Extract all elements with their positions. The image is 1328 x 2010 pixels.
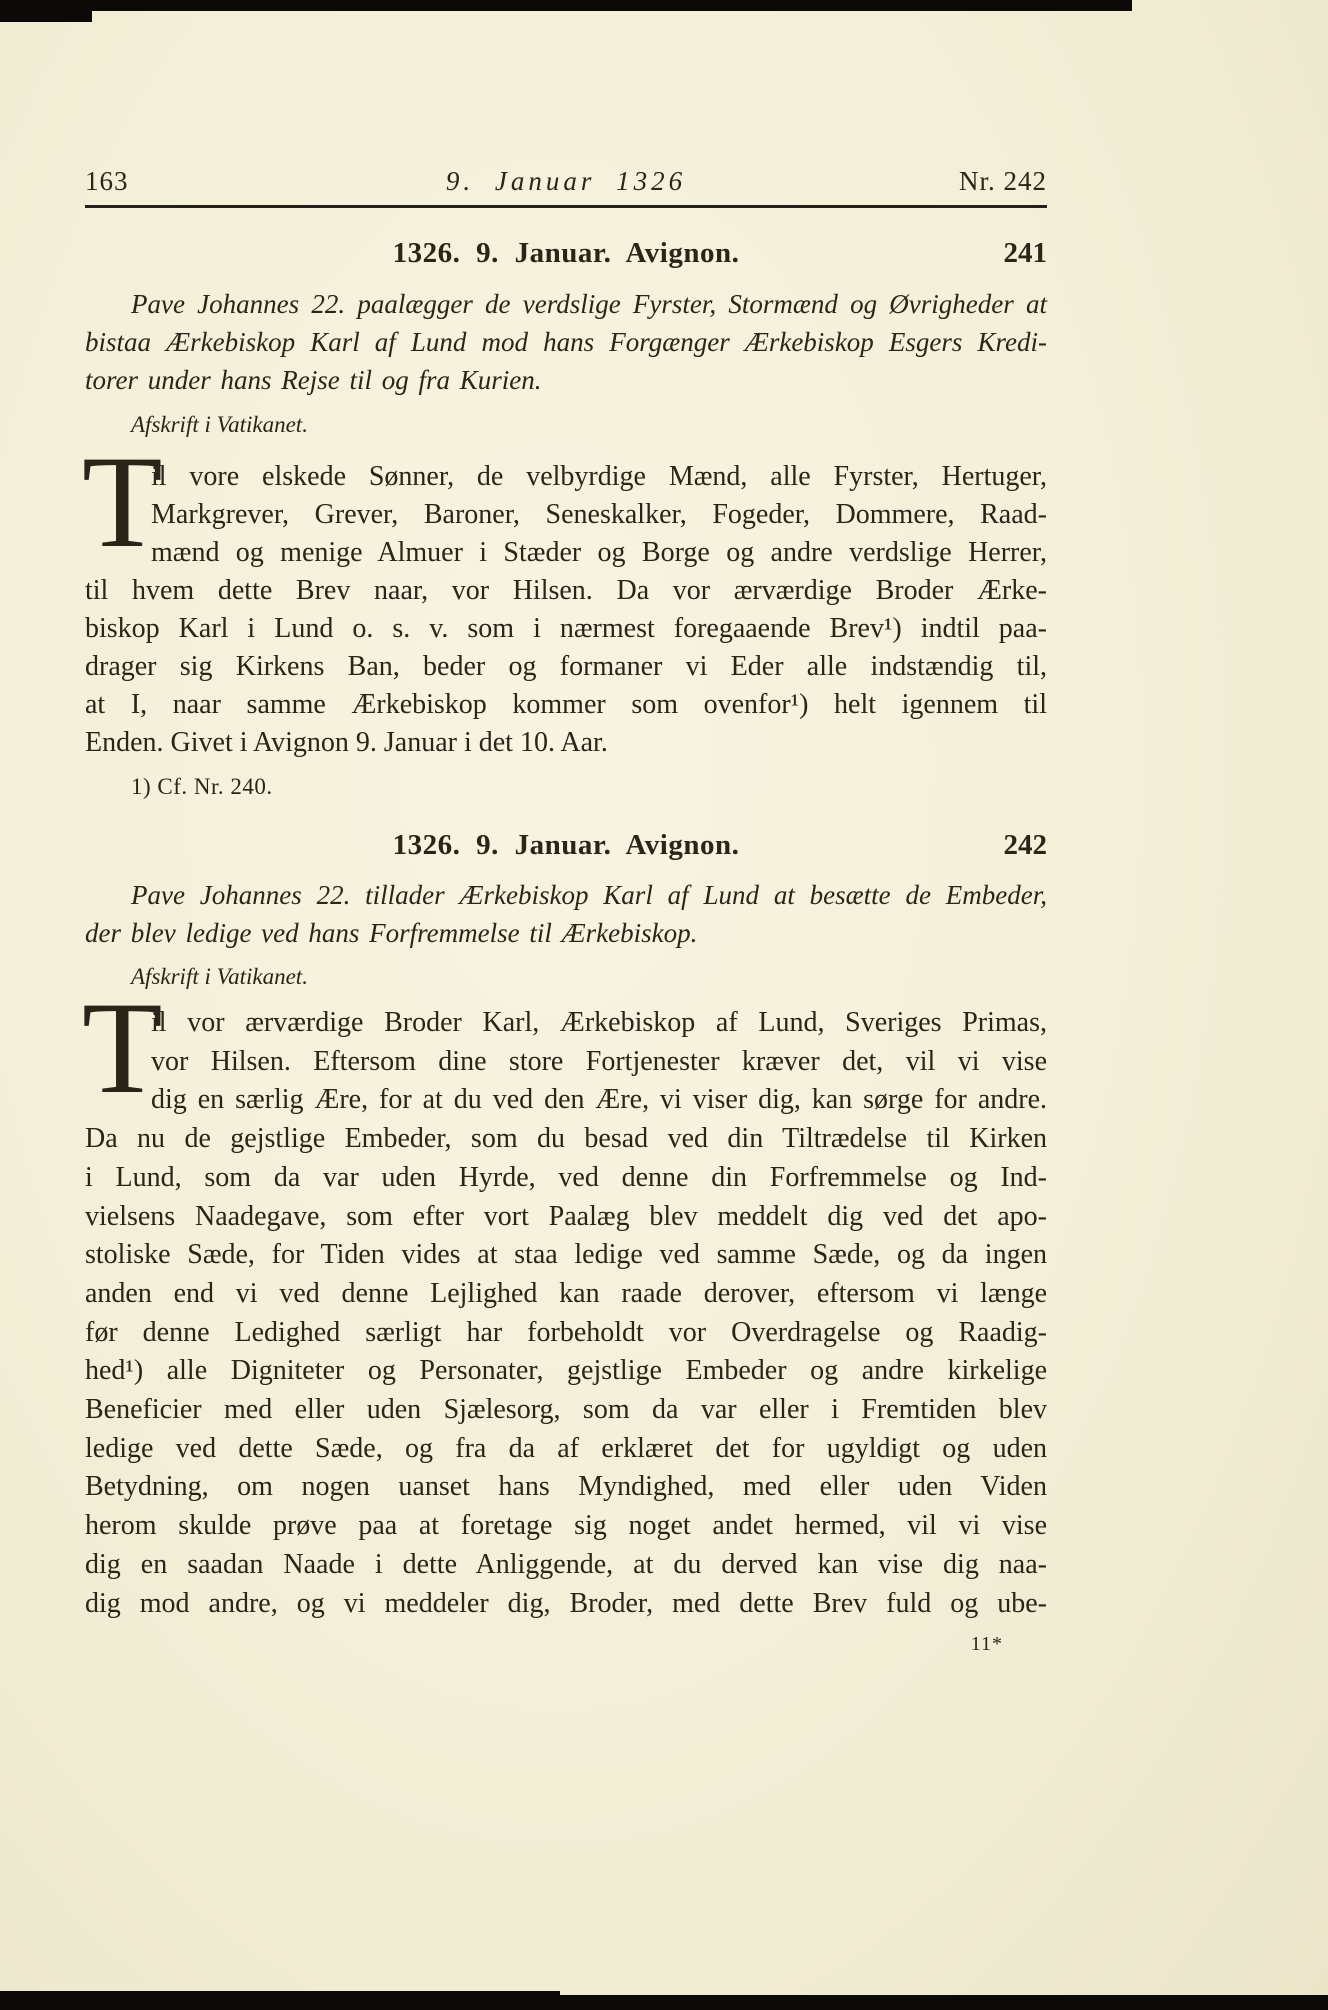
- body-line: til hvem dette Brev naar, vor Hilsen. Da…: [85, 572, 1047, 610]
- drop-cap: T: [82, 436, 163, 568]
- entry-heading: 1326. 9. Januar. Avignon. 241: [85, 236, 1047, 270]
- body-line: dig en særlig Ære, for at du ved den Ære…: [85, 1081, 1047, 1120]
- body-line: stoliske Sæde, for Tiden vides at staa l…: [85, 1236, 1047, 1275]
- body-lines: il vore elskede Sønner, de velbyrdige Mæ…: [85, 458, 1047, 762]
- running-title: 9. Januar 1326: [85, 166, 1047, 196]
- body-line: il vore elskede Sønner, de velbyrdige Mæ…: [85, 458, 1047, 496]
- body-line: Markgrever, Grever, Baroner, Seneskalker…: [85, 496, 1047, 534]
- body-line: vor Hilsen. Eftersom dine store Fortjene…: [85, 1043, 1047, 1082]
- summary-line: Pave Johannes 22. paalægger de verdslige…: [85, 285, 1047, 323]
- header-rule: [85, 205, 1047, 208]
- summary-line: bistaa Ærkebiskop Karl af Lund mod hans …: [85, 323, 1047, 361]
- scanned-book-page: 163 9. Januar 1326 Nr. 242 1326. 9. Janu…: [0, 0, 1328, 2010]
- summary-line: Pave Johannes 22. tillader Ærkebiskop Ka…: [85, 876, 1047, 914]
- body-line: dig mod andre, og vi meddeler dig, Brode…: [85, 1585, 1047, 1624]
- body-lines: il vor ærværdige Broder Karl, Ærkebiskop…: [85, 1004, 1047, 1623]
- entry-241: 1326. 9. Januar. Avignon. 241 Pave Johan…: [85, 236, 1047, 800]
- scan-edge-artifact-top-corner: [0, 0, 92, 22]
- body-line: biskop Karl i Lund o. s. v. som i nærmes…: [85, 610, 1047, 648]
- running-header: 163 9. Januar 1326 Nr. 242: [85, 166, 1047, 196]
- body-line: mænd og menige Almuer i Stæder og Borge …: [85, 534, 1047, 572]
- signature-mark: 11*: [85, 1633, 1047, 1656]
- body-line: vielsens Naadegave, som efter vort Paalæ…: [85, 1198, 1047, 1237]
- scan-edge-artifact-bottom: [0, 1995, 1328, 2010]
- body-line: drager sig Kirkens Ban, beder og formane…: [85, 648, 1047, 686]
- entry-number: 242: [1004, 828, 1048, 862]
- summary-line: torer under hans Rejse til og fra Kurien…: [85, 361, 1047, 399]
- body-line: i Lund, som da var uden Hyrde, ved denne…: [85, 1159, 1047, 1198]
- body-line: il vor ærværdige Broder Karl, Ærkebiskop…: [85, 1004, 1047, 1043]
- entry-date-place: 1326. 9. Januar. Avignon.: [85, 236, 1047, 270]
- page-content: 163 9. Januar 1326 Nr. 242 1326. 9. Janu…: [85, 0, 1047, 1656]
- drop-cap: T: [82, 982, 163, 1114]
- entry-body: T il vor ærværdige Broder Karl, Ærkebisk…: [85, 1004, 1047, 1623]
- body-line: Betydning, om nogen uanset hans Myndighe…: [85, 1468, 1047, 1507]
- body-line: anden end vi ved denne Lejlighed kan raa…: [85, 1275, 1047, 1314]
- body-line: at I, naar samme Ærkebiskop kommer som o…: [85, 686, 1047, 724]
- entry-date-place: 1326. 9. Januar. Avignon.: [85, 828, 1047, 862]
- body-line: Beneficier med eller uden Sjælesorg, som…: [85, 1391, 1047, 1430]
- entry-summary: Pave Johannes 22. tillader Ærkebiskop Ka…: [85, 876, 1047, 952]
- body-line: dig en saadan Naade i dette Anliggende, …: [85, 1546, 1047, 1585]
- body-line: herom skulde prøve paa at foretage sig n…: [85, 1507, 1047, 1546]
- body-line: Enden. Givet i Avignon 9. Januar i det 1…: [85, 724, 1047, 762]
- entry-heading: 1326. 9. Januar. Avignon. 242: [85, 828, 1047, 862]
- source-note: Afskrift i Vatikanet.: [85, 964, 1047, 990]
- body-line: ledige ved dette Sæde, og fra da af erkl…: [85, 1430, 1047, 1469]
- footnote: 1) Cf. Nr. 240.: [85, 774, 1047, 800]
- summary-line: der blev ledige ved hans Forfremmelse ti…: [85, 914, 1047, 952]
- entry-body: T il vore elskede Sønner, de velbyrdige …: [85, 458, 1047, 762]
- body-line: Da nu de gejstlige Embeder, som du besad…: [85, 1120, 1047, 1159]
- source-note: Afskrift i Vatikanet.: [85, 412, 1047, 438]
- entry-number: 241: [1004, 236, 1048, 270]
- entry-summary: Pave Johannes 22. paalægger de verdslige…: [85, 285, 1047, 399]
- entry-number-ref: Nr. 242: [959, 166, 1047, 196]
- entry-242: 1326. 9. Januar. Avignon. 242 Pave Johan…: [85, 828, 1047, 1623]
- body-line: hed¹) alle Digniteter og Personater, gej…: [85, 1352, 1047, 1391]
- body-line: før denne Ledighed særligt har forbehold…: [85, 1314, 1047, 1353]
